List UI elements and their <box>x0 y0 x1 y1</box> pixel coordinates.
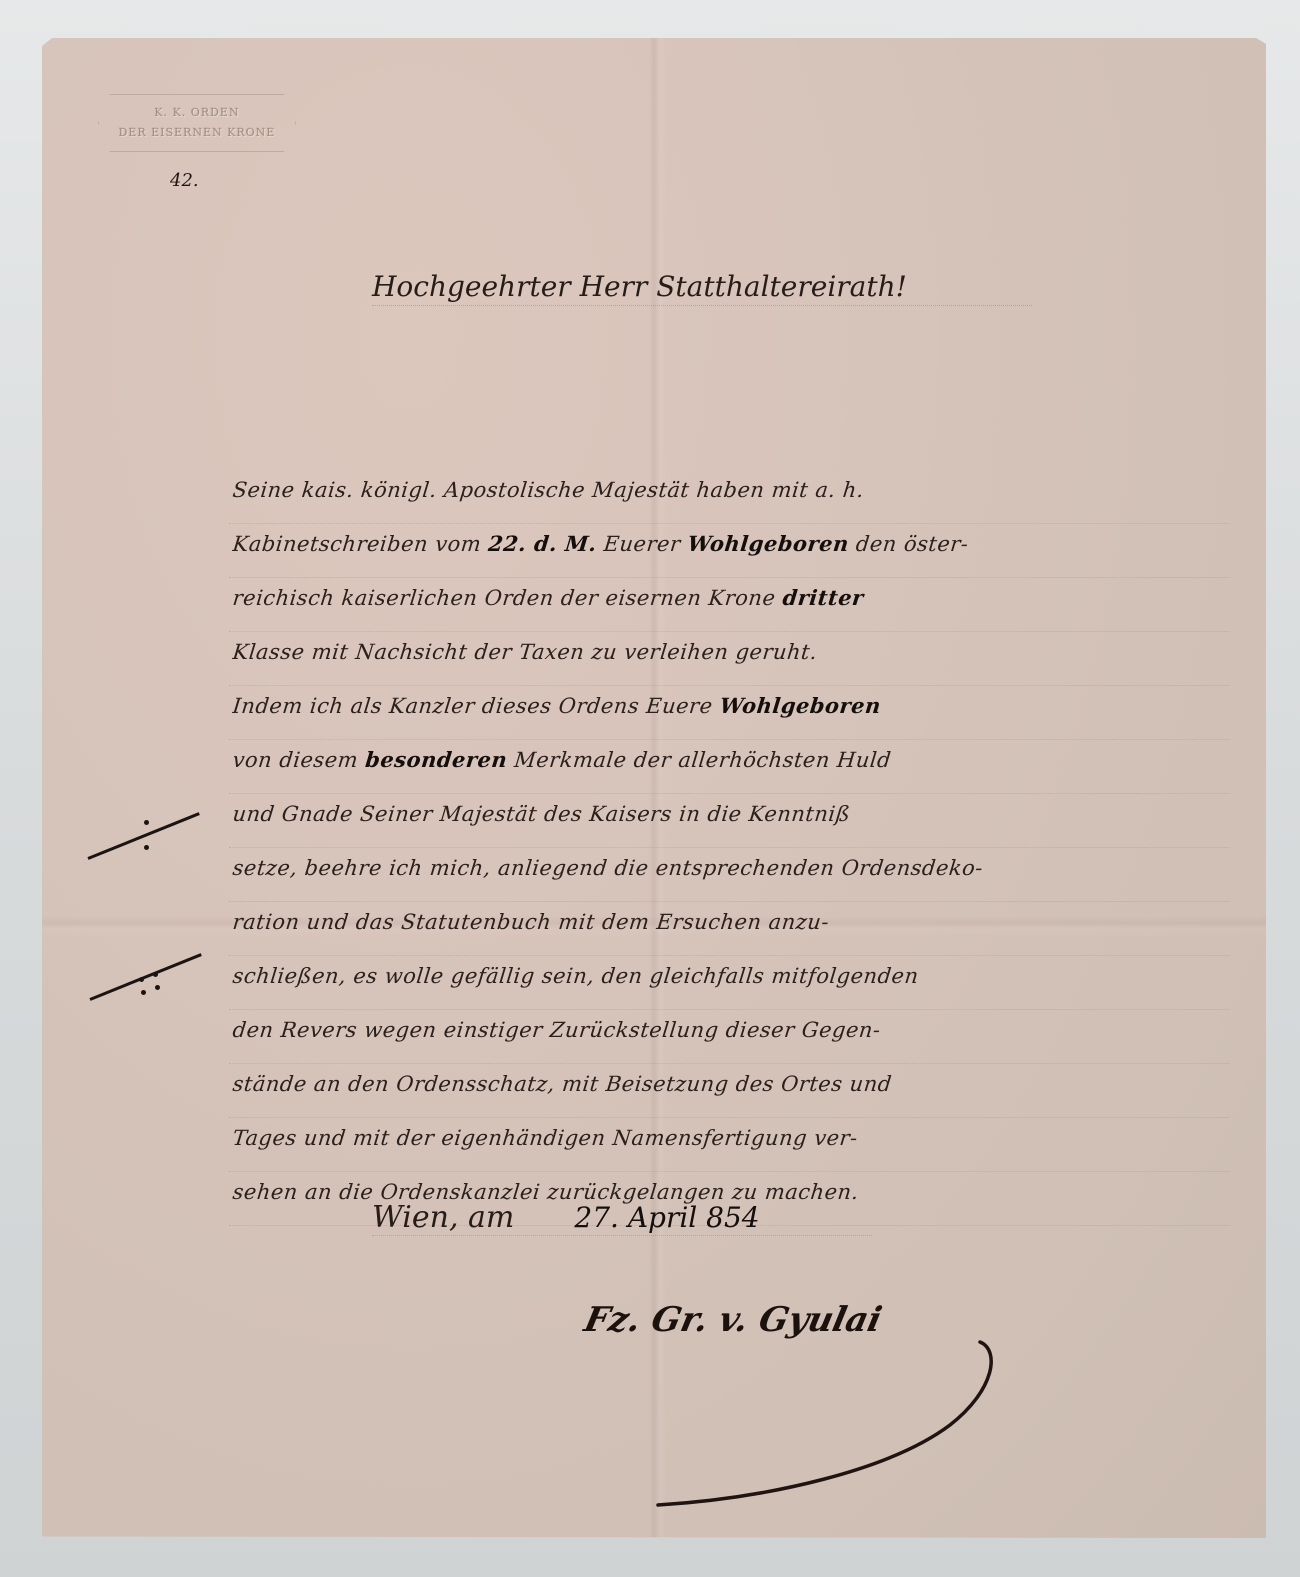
enclosure-dot <box>139 977 144 982</box>
body-line: reichisch kaiserlichen Orden der eiserne… <box>229 578 1235 632</box>
body-line: Seine kais. königl. Apostolische Majestä… <box>229 470 1235 524</box>
enclosure-dot <box>144 820 149 825</box>
body-line: Tages und mit der eigenhändigen Namensfe… <box>229 1118 1235 1172</box>
enclosure-dot <box>155 985 160 990</box>
body-line: Kabinetschreiben vom 22. d. M. Euerer Wo… <box>229 524 1235 578</box>
body-line: setze, beehre ich mich, anliegend die en… <box>229 848 1235 902</box>
salutation: Hochgeehrter Herr Statthaltereirath! <box>372 270 1032 306</box>
stamp-line-2: DER EISERNEN KRONE <box>119 123 276 143</box>
dateline: Wien, am27. April 854 <box>372 1200 872 1236</box>
body-line: Indem ich als Kanzler dieses Ordens Euer… <box>229 686 1235 740</box>
embossed-letterhead-stamp: K. K. ORDEN DER EISERNEN KRONE <box>98 94 296 152</box>
filled-class: dritter <box>781 585 865 610</box>
stamp-line-1: K. K. ORDEN <box>154 103 239 123</box>
date: 27. April 854 <box>574 1201 759 1234</box>
body-line: von diesem besonderen Merkmale der aller… <box>229 740 1235 794</box>
body-line: schließen, es wolle gefällig sein, den g… <box>229 956 1235 1010</box>
enclosure-dot <box>141 990 146 995</box>
enclosure-dot <box>144 845 149 850</box>
folio-number: 42. <box>170 170 199 191</box>
filled-word: besonderen <box>364 747 509 772</box>
filled-title: Wohlgeboren <box>719 693 883 718</box>
body-line: stände an den Ordensschatz, mit Beisetzu… <box>229 1064 1235 1118</box>
body-line: ration und das Statutenbuch mit dem Ersu… <box>229 902 1235 956</box>
place: Wien, am <box>372 1200 514 1235</box>
enclosure-dot <box>153 972 158 977</box>
body-line: Klasse mit Nachsicht der Taxen zu verlei… <box>229 632 1235 686</box>
letter-body: Seine kais. königl. Apostolische Majestä… <box>232 470 1232 1226</box>
signature-flourish <box>650 1330 1020 1510</box>
body-line: den Revers wegen einstiger Zurückstellun… <box>229 1010 1235 1064</box>
filled-title: Wohlgeboren <box>687 531 851 556</box>
filled-date: 22. d. M. <box>487 531 598 556</box>
body-line: und Gnade Seiner Majestät des Kaisers in… <box>229 794 1235 848</box>
